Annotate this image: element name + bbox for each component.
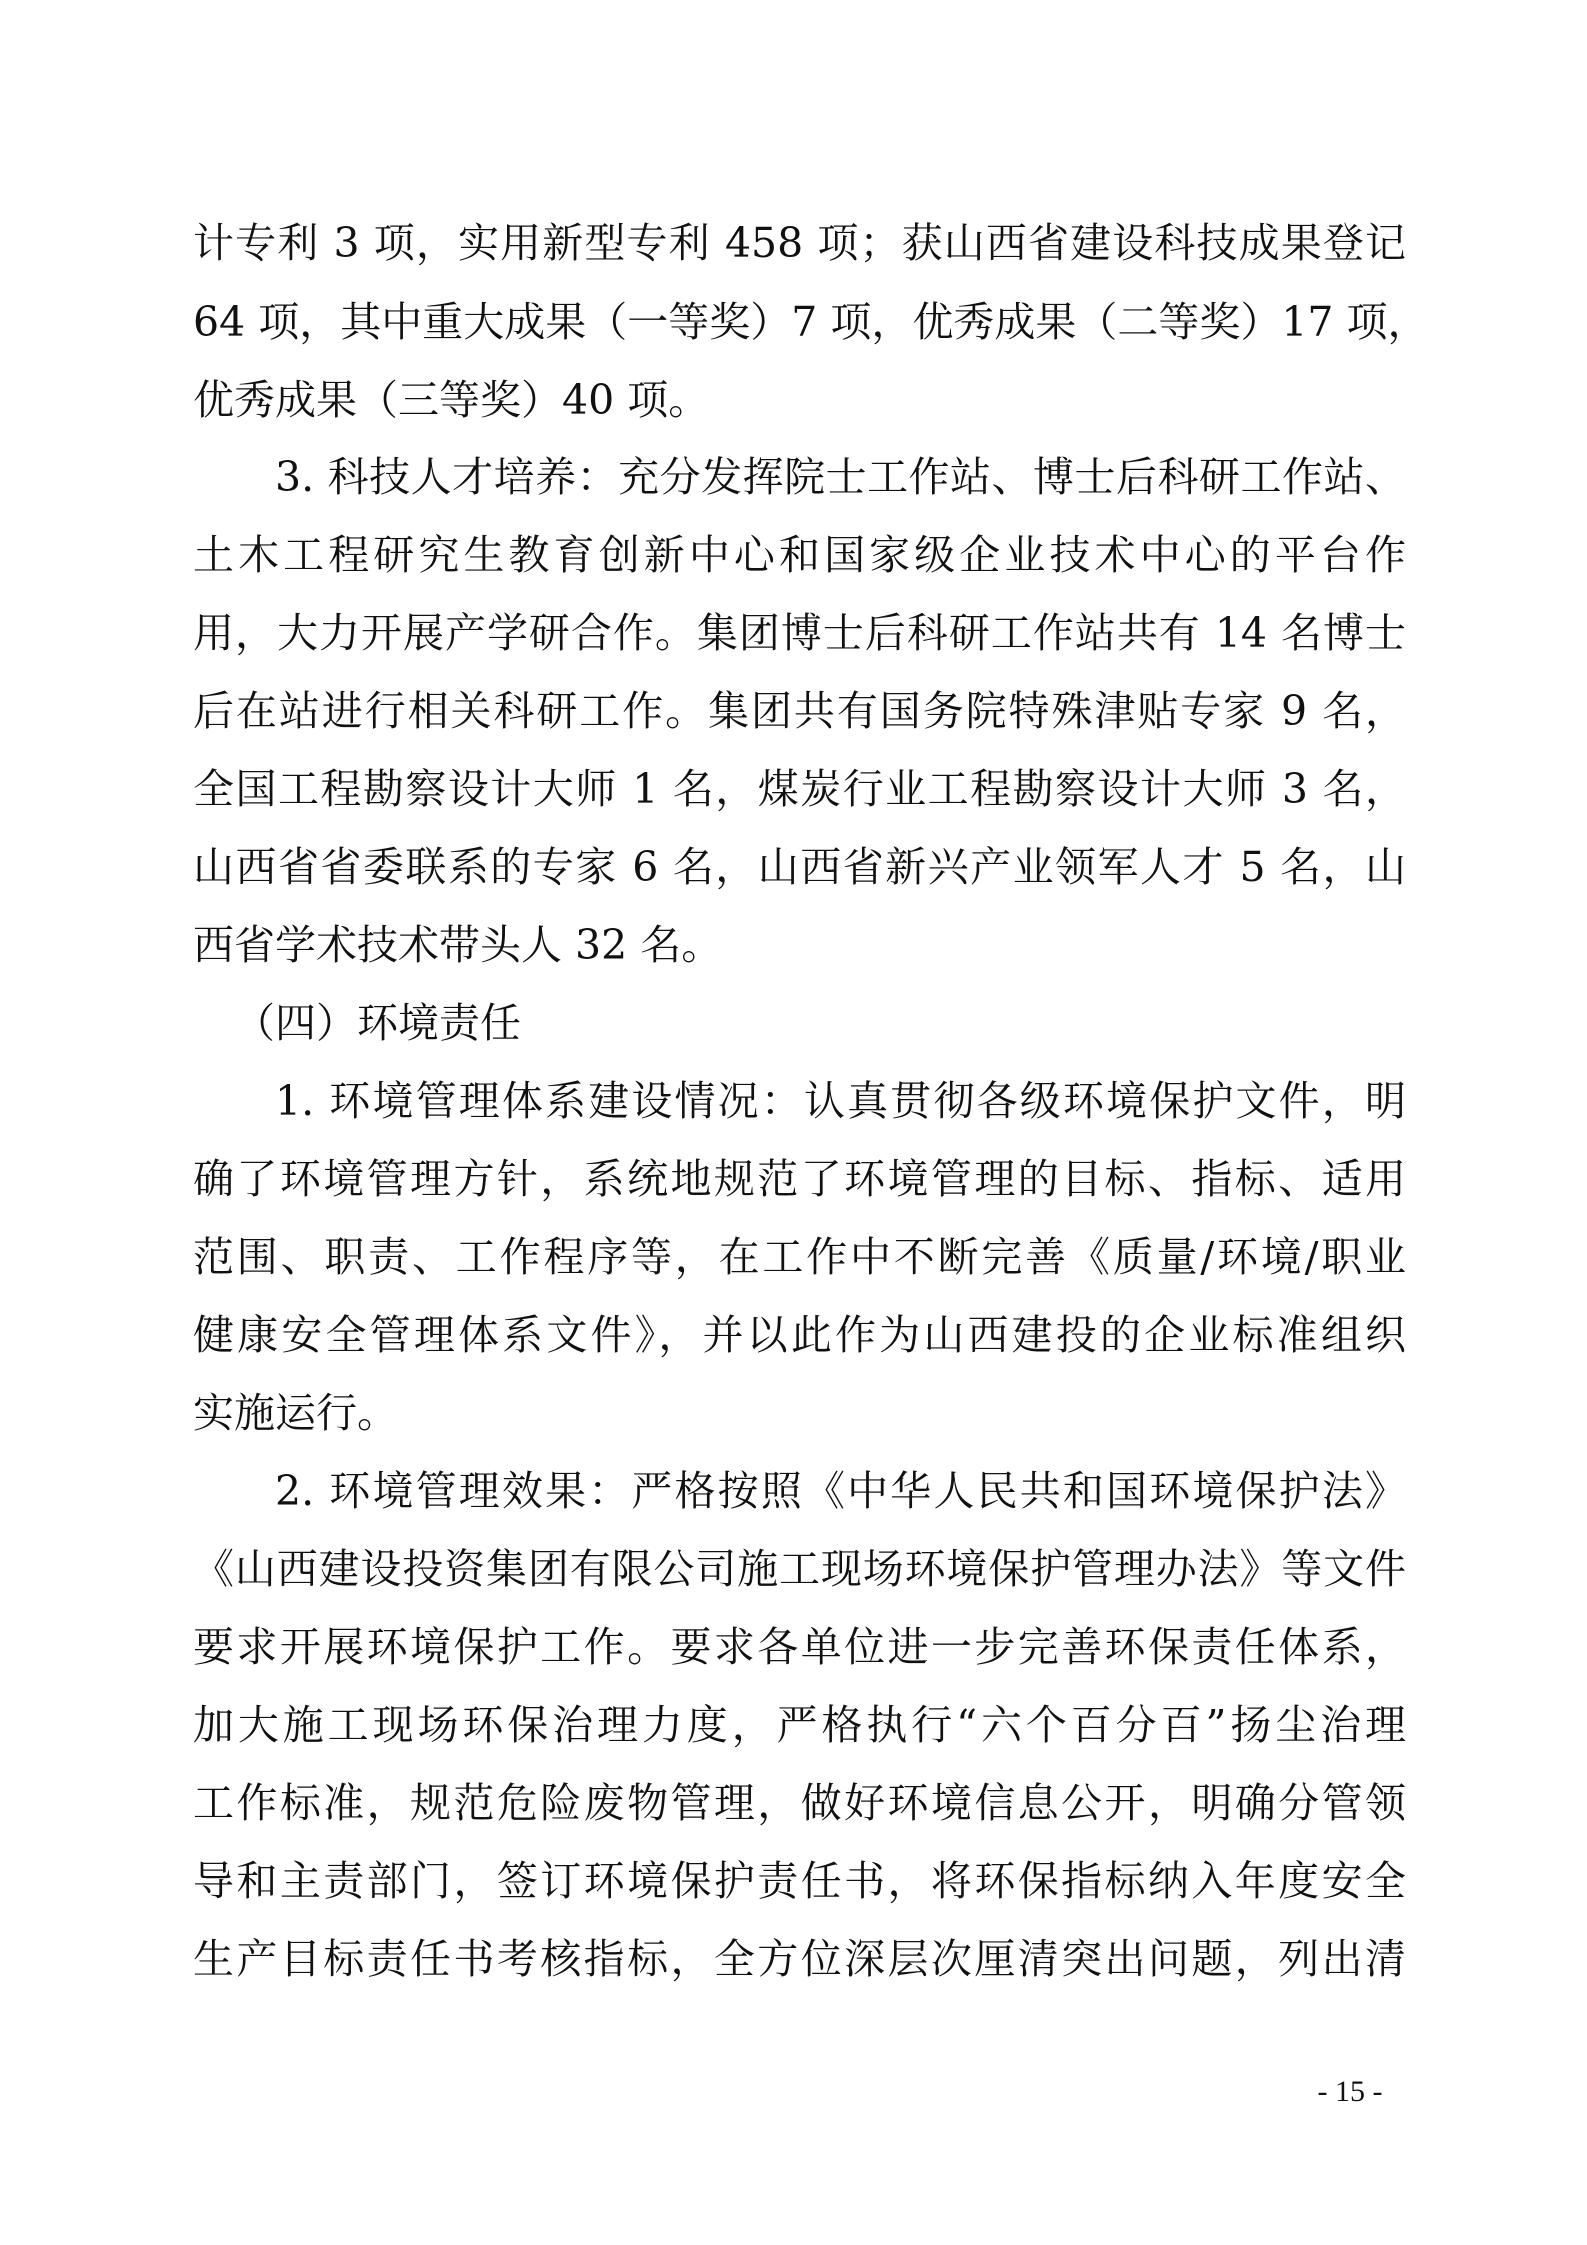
document-page: 计专利 3 项，实用新型专利 458 项；获山西省建设科技成果登记 64 项，其… — [0, 0, 1587, 2245]
paragraph-line: 工作标准，规范危险废物管理，做好环境信息公开，明确分管领 — [193, 1764, 1406, 1842]
paragraph-line: 全国工程勘察设计大师 1 名，煤炭行业工程勘察设计大师 3 名， — [193, 750, 1406, 828]
paragraph-line: 2. 环境管理效果：严格按照《中华人民共和国环境保护法》 — [275, 1452, 1406, 1530]
paragraph-line: 山西省省委联系的专家 6 名，山西省新兴产业领军人才 5 名，山 — [193, 828, 1406, 906]
paragraph-line: 生产目标责任书考核指标，全方位深层次厘清突出问题，列出清 — [193, 1920, 1406, 1998]
paragraph-line: 要求开展环境保护工作。要求各单位进一步完善环保责任体系， — [193, 1608, 1406, 1686]
paragraph-line: 确了环境管理方针，系统地规范了环境管理的目标、指标、适用 — [193, 1140, 1406, 1218]
paragraph-line: 1. 环境管理体系建设情况：认真贯彻各级环境保护文件，明 — [275, 1062, 1406, 1140]
paragraph-line: 导和主责部门，签订环境保护责任书，将环保指标纳入年度安全 — [193, 1842, 1406, 1920]
paragraph-line: 优秀成果（三等奖）40 项。 — [193, 361, 1406, 439]
page-number: - 15 - — [1300, 2070, 1400, 2114]
paragraph-line: 加大施工现场环保治理力度，严格执行“六个百分百”扬尘治理 — [193, 1686, 1406, 1764]
paragraph-line: 范围、职责、工作程序等，在工作中不断完善《质量/环境/职业 — [193, 1218, 1406, 1296]
paragraph-line: 64 项，其中重大成果（一等奖）7 项，优秀成果（二等奖）17 项， — [193, 283, 1406, 361]
paragraph-line: 西省学术技术带头人 32 名。 — [193, 906, 1406, 984]
paragraph-line: 土木工程研究生教育创新中心和国家级企业技术中心的平台作 — [193, 516, 1406, 594]
paragraph-line: 健康安全管理体系文件》，并以此作为山西建投的企业标准组织 — [193, 1296, 1406, 1374]
paragraph-line: 计专利 3 项，实用新型专利 458 项；获山西省建设科技成果登记 — [193, 204, 1406, 282]
paragraph-line: 实施运行。 — [193, 1374, 1406, 1452]
section-heading: （四）环境责任 — [234, 984, 521, 1062]
paragraph-line: 用，大力开展产学研合作。集团博士后科研工作站共有 14 名博士 — [193, 594, 1406, 672]
paragraph-line: 《山西建设投资集团有限公司施工现场环境保护管理办法》等文件 — [193, 1530, 1406, 1608]
paragraph-line: 后在站进行相关科研工作。集团共有国务院特殊津贴专家 9 名， — [193, 672, 1406, 750]
paragraph-line: 3. 科技人才培养：充分发挥院士工作站、博士后科研工作站、 — [275, 438, 1406, 516]
